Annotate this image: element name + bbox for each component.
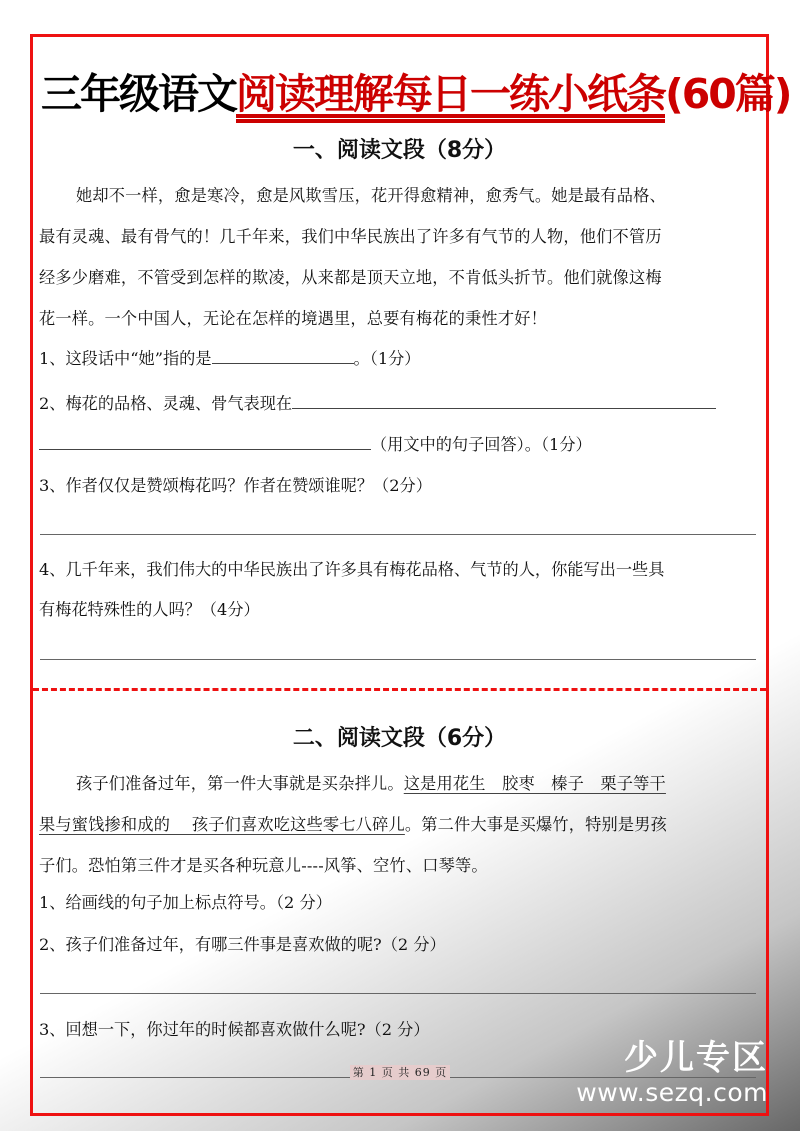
answer-line[interactable]: [40, 659, 756, 660]
question-text: 1、这段话中“她”指的是: [39, 349, 212, 368]
watermark-url: www.sezq.com: [576, 1078, 768, 1108]
question-1-4-cont: 有梅花特殊性的人吗？（4分）: [39, 598, 758, 622]
passage-text: 孩子们准备过年，第一件大事就是买杂拌儿。: [76, 774, 404, 793]
answer-line[interactable]: [40, 534, 756, 535]
title-main: 阅读理解每日一练小纸条: [236, 70, 665, 118]
question-1-3: 3、作者仅仅是赞颂梅花吗？作者在赞颂谁呢？（2分）: [39, 474, 758, 498]
passage-line: 花一样。一个中国人，无论在怎样的境遇里，总要有梅花的秉性才好！: [39, 298, 758, 339]
answer-blank[interactable]: [39, 432, 371, 450]
question-1-4: 4、几千年来，我们伟大的中华民族出了许多具有梅花品格、气节的人，你能写出一些具: [39, 558, 758, 582]
page-number: 第 1 页 共 69 页: [350, 1065, 450, 1080]
question-2-2: 2、孩子们准备过年，有哪三件事是喜欢做的呢?（2 分）: [39, 933, 758, 957]
worksheet-frame: 三年级语文阅读理解每日一练小纸条(60篇) 一、阅读文段（8分） 她却不一样，愈…: [30, 34, 769, 1116]
answer-blank[interactable]: [212, 346, 354, 364]
page-title: 三年级语文阅读理解每日一练小纸条(60篇): [41, 59, 758, 129]
question-1-2-cont: （用文中的句子回答）。（1分）: [39, 432, 758, 457]
passage-line: 果与蜜饯掺和成的 孩子们喜欢吃这些零七八碎儿。第二件大事是买爆竹，特别是男孩: [39, 804, 758, 845]
question-points: （用文中的句子回答）。（1分）: [371, 435, 592, 454]
answer-line[interactable]: [40, 993, 756, 994]
passage-text: 。第二件大事是买爆竹，特别是男孩: [405, 815, 667, 834]
question-points: 。（1分）: [354, 349, 421, 368]
section1-passage: 她却不一样，愈是寒冷，愈是风欺雪压，花开得愈精神，愈秀气。她是最有品格、 最有灵…: [39, 175, 758, 339]
underlined-sentence: 这是用花生 胶枣 榛子 栗子等干: [404, 774, 666, 793]
passage-line: 最有灵魂、最有骨气的！几千年来，我们中华民族出了许多有气节的人物，他们不管历: [39, 216, 758, 257]
answer-blank[interactable]: [292, 391, 716, 409]
question-1-1: 1、这段话中“她”指的是。（1分）: [39, 346, 758, 371]
section-divider: [33, 688, 766, 691]
passage-line: 她却不一样，愈是寒冷，愈是风欺雪压，花开得愈精神，愈秀气。她是最有品格、: [39, 175, 758, 216]
watermark-name: 少儿专区: [576, 1038, 768, 1078]
section2-heading: 二、阅读文段（6分）: [33, 721, 766, 752]
question-1-2: 2、梅花的品格、灵魂、骨气表现在: [39, 391, 758, 416]
passage-line: 孩子们准备过年，第一件大事就是买杂拌儿。这是用花生 胶枣 榛子 栗子等干: [39, 763, 758, 804]
question-text: 2、梅花的品格、灵魂、骨气表现在: [39, 394, 292, 413]
title-grade-subject: 三年级语文: [41, 70, 236, 118]
passage-line: 经多少磨难，不管受到怎样的欺凌，从来都是顶天立地，不肯低头折节。他们就像这梅: [39, 257, 758, 298]
title-count: (60篇): [665, 70, 791, 118]
section1-heading: 一、阅读文段（8分）: [33, 133, 766, 164]
watermark: 少儿专区 www.sezq.com: [576, 1038, 768, 1108]
underlined-sentence: 果与蜜饯掺和成的 孩子们喜欢吃这些零七八碎儿: [39, 815, 405, 834]
section2-passage: 孩子们准备过年，第一件大事就是买杂拌儿。这是用花生 胶枣 榛子 栗子等干 果与蜜…: [39, 763, 758, 886]
question-2-1: 1、给画线的句子加上标点符号。（2 分）: [39, 891, 758, 915]
passage-line: 子们。恐怕第三件才是买各种玩意儿----风筝、空竹、口琴等。: [39, 845, 758, 886]
